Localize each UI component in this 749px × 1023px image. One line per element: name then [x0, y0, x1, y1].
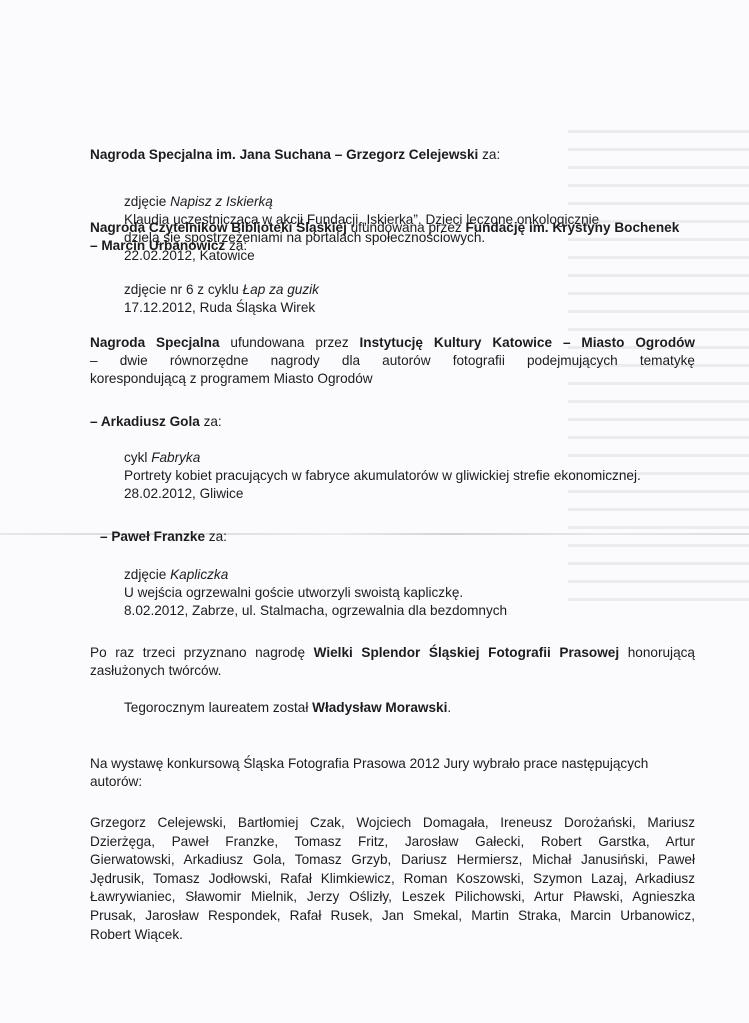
grand-splendor-laureate: Tegorocznym laureatem został Władysław M…	[124, 699, 699, 717]
winner-franzke-heading: – Paweł Franzke za:	[100, 528, 705, 546]
award-special-heading: Nagroda Specjalna ufundowana przez Insty…	[90, 334, 695, 388]
award-readers-title: Nagroda Czytelników Biblioteki Śląskiej	[90, 220, 347, 235]
winner-franzke-details: zdjęcie Kapliczka U wejścia ogrzewalni g…	[124, 566, 699, 620]
grand-splendor-tail: honorującą	[619, 645, 695, 660]
laureate-prefix: Tegorocznym laureatem został	[124, 700, 312, 715]
laureate-name: Władysław Morawski	[312, 700, 447, 715]
work-title: Kapliczka	[170, 567, 228, 582]
work-title: Fabryka	[151, 450, 200, 465]
winner-gola-details: cykl Fabryka Portrety kobiet pracujących…	[124, 449, 699, 503]
award-suchan-heading: Nagroda Specjalna im. Jana Suchana – Grz…	[90, 146, 695, 164]
award-readers-funder: Fundację im. Krystyny Bochenek	[466, 220, 680, 235]
exhibition-intro: Na wystawę konkursową Śląska Fotografia …	[90, 755, 695, 791]
award-readers-heading: Nagroda Czytelników Biblioteki Śląskiej …	[90, 219, 695, 255]
authors-line: Dzierżęga, Paweł Franzke, Tomasz Fritz, …	[90, 833, 695, 852]
grand-splendor-paragraph: Po raz trzeci przyznano nagrodę Wielki S…	[90, 644, 695, 680]
exhibition-line1: Na wystawę konkursową Śląska Fotografia …	[90, 755, 695, 773]
award-special-funder: Instytucję Kultury Katowice – Miasto Ogr…	[360, 335, 695, 350]
winner-tail: za:	[205, 529, 227, 544]
grand-splendor-intro: Po raz trzeci przyznano nagrodę	[90, 645, 314, 660]
authors-line: Grzegorz Celejewski, Bartłomiej Czak, Wo…	[90, 814, 695, 833]
winner-name: – Arkadiusz Gola	[90, 414, 200, 429]
award-suchan-title-tail: za:	[478, 147, 500, 162]
photo-prefix: zdjęcie	[124, 194, 170, 209]
award-readers-winner: – Marcin Urbanowicz	[90, 238, 225, 253]
work-description: U wejścia ogrzewalni goście utworzyli sw…	[124, 584, 699, 602]
award-special-title: Nagroda Specjalna	[90, 335, 220, 350]
award-readers-title-mid: ufundowana przez	[347, 220, 466, 235]
grand-splendor-award: Wielki Splendor Śląskiej Fotografii Pras…	[314, 645, 620, 660]
work-date-place: 8.02.2012, Zabrze, ul. Stalmacha, ogrzew…	[124, 602, 699, 620]
work-prefix: cykl	[124, 450, 151, 465]
award-suchan-title: Nagroda Specjalna im. Jana Suchana – Grz…	[90, 147, 478, 162]
award-special-title-mid: ufundowana przez	[220, 335, 360, 350]
work-prefix: zdjęcie	[124, 567, 170, 582]
authors-line: Jędrusik, Tomasz Jodłowski, Rafał Klimki…	[90, 870, 695, 889]
winner-tail: za:	[200, 414, 222, 429]
authors-last-line: Robert Wiącek.	[90, 926, 695, 945]
authors-line: Ławrywianiec, Sławomir Mielnik, Jerzy Oś…	[90, 888, 695, 907]
photo-title: Łap za guzik	[243, 282, 319, 297]
photo-prefix: zdjęcie nr 6 z cyklu	[124, 282, 243, 297]
grand-splendor-line2: zasłużonych twórców.	[90, 662, 695, 680]
winner-name: – Paweł Franzke	[100, 529, 205, 544]
work-description: Portrety kobiet pracujących w fabryce ak…	[124, 467, 699, 485]
laureate-suffix: .	[447, 700, 451, 715]
award-readers-details: zdjęcie nr 6 z cyklu Łap za guzik 17.12.…	[124, 281, 699, 317]
award-special-line2: – dwie równorzędne nagrody dla autorów f…	[90, 352, 695, 370]
exhibition-line2: autorów:	[90, 773, 695, 791]
award-readers-winner-tail: za:	[225, 238, 247, 253]
authors-line: Prusak, Jarosław Respondek, Rafał Rusek,…	[90, 907, 695, 926]
photo-date-place: 17.12.2012, Ruda Śląska Wirek	[124, 299, 699, 317]
award-special-line3: korespondującą z programem Miasto Ogrodó…	[90, 370, 695, 388]
work-date-place: 28.02.2012, Gliwice	[124, 485, 699, 503]
photo-title: Napisz z Iskierką	[170, 194, 273, 209]
authors-line: Gierwatowski, Arkadiusz Gola, Tomasz Grz…	[90, 851, 695, 870]
winner-gola-heading: – Arkadiusz Gola za:	[90, 413, 695, 431]
exhibition-authors-list: Grzegorz Celejewski, Bartłomiej Czak, Wo…	[90, 814, 695, 944]
